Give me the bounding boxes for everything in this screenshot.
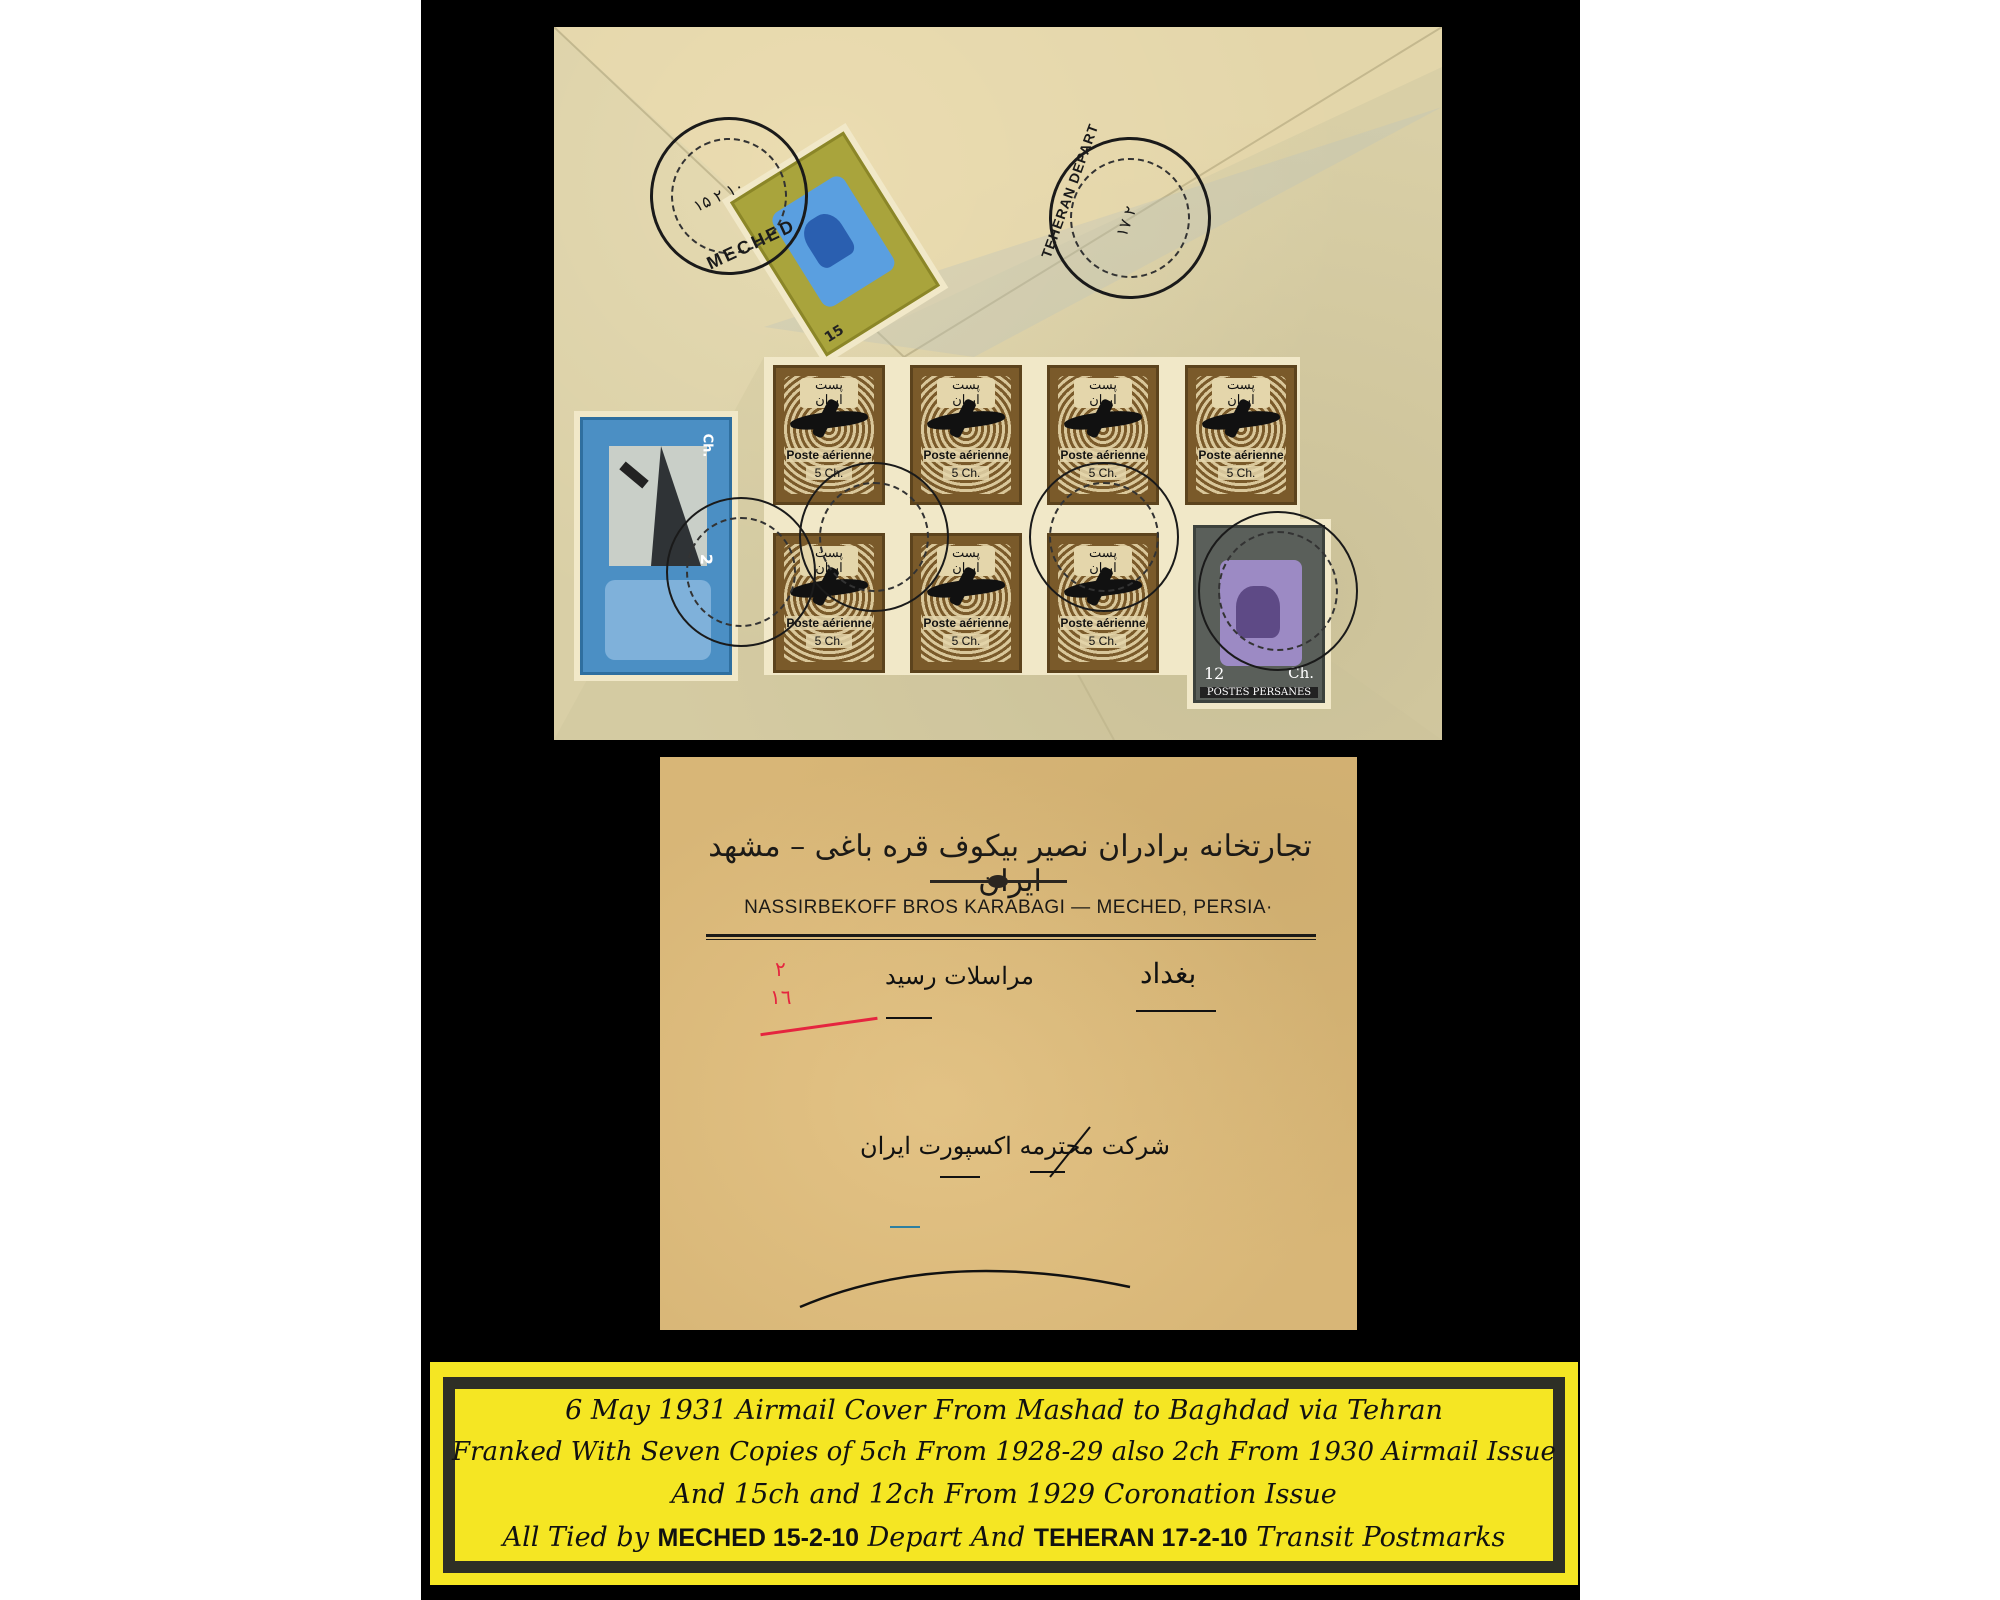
- letter-sheet: تجارتخانه برادران نصیر بیکوف قره باغی – …: [660, 757, 1357, 1330]
- letterhead-english: NASSIRBEKOFF BROS KARABAGI — MECHED, PER…: [700, 897, 1317, 919]
- handwriting-middle: مراسلات رسید: [885, 962, 1034, 990]
- postmark-meched-block-left: [666, 497, 816, 647]
- red-note-top: ٢: [775, 957, 786, 981]
- handwriting-flourish: [790, 1017, 1210, 1317]
- letterhead-ornament: [930, 880, 1067, 883]
- handwriting-destination-underline: [1136, 1010, 1216, 1012]
- caption-line-4: All Tied by MECHED 15-2-10 Depart And TE…: [430, 1522, 1578, 1553]
- postmark-meched-block-right: [1029, 462, 1179, 612]
- stamp-5ch-airmail: پست ایران Poste aérienne 5 Ch.: [1185, 365, 1297, 505]
- teheran-postmark-label: TEHERAN 17-2-10: [1034, 1524, 1248, 1552]
- caption-box: 6 May 1931 Airmail Cover From Mashad to …: [430, 1362, 1578, 1585]
- letterhead-rule: [706, 934, 1316, 937]
- red-note-bottom: ١٦: [770, 985, 791, 1009]
- handwriting-destination: بغداد: [1140, 957, 1196, 990]
- letterhead-rule-thin: [706, 939, 1316, 940]
- stamp-value: 15: [822, 322, 847, 346]
- postmark-meched-block-center: [799, 462, 949, 612]
- letterhead-persian: تجارتخانه برادران نصیر بیکوف قره باغی – …: [705, 829, 1315, 899]
- stamp-value: 12: [1204, 664, 1224, 683]
- envelope-back: 15 MECHED ۱۵ ۲ ۱۰ TEHERAN DEPART ۱۷ ۲ 2 …: [554, 27, 1442, 740]
- stamp-unit: Ch.: [699, 434, 714, 458]
- meched-postmark-label: MECHED 15-2-10: [658, 1524, 859, 1552]
- caption-line-1: 6 May 1931 Airmail Cover From Mashad to …: [430, 1395, 1578, 1426]
- stamp-inscription: POSTES PERSANES: [1200, 687, 1318, 698]
- caption-line-3: And 15ch and 12ch From 1929 Coronation I…: [430, 1479, 1578, 1510]
- postmark-meched-block-far-right: [1198, 511, 1358, 671]
- caption-line-2: Franked With Seven Copies of 5ch From 19…: [430, 1437, 1578, 1467]
